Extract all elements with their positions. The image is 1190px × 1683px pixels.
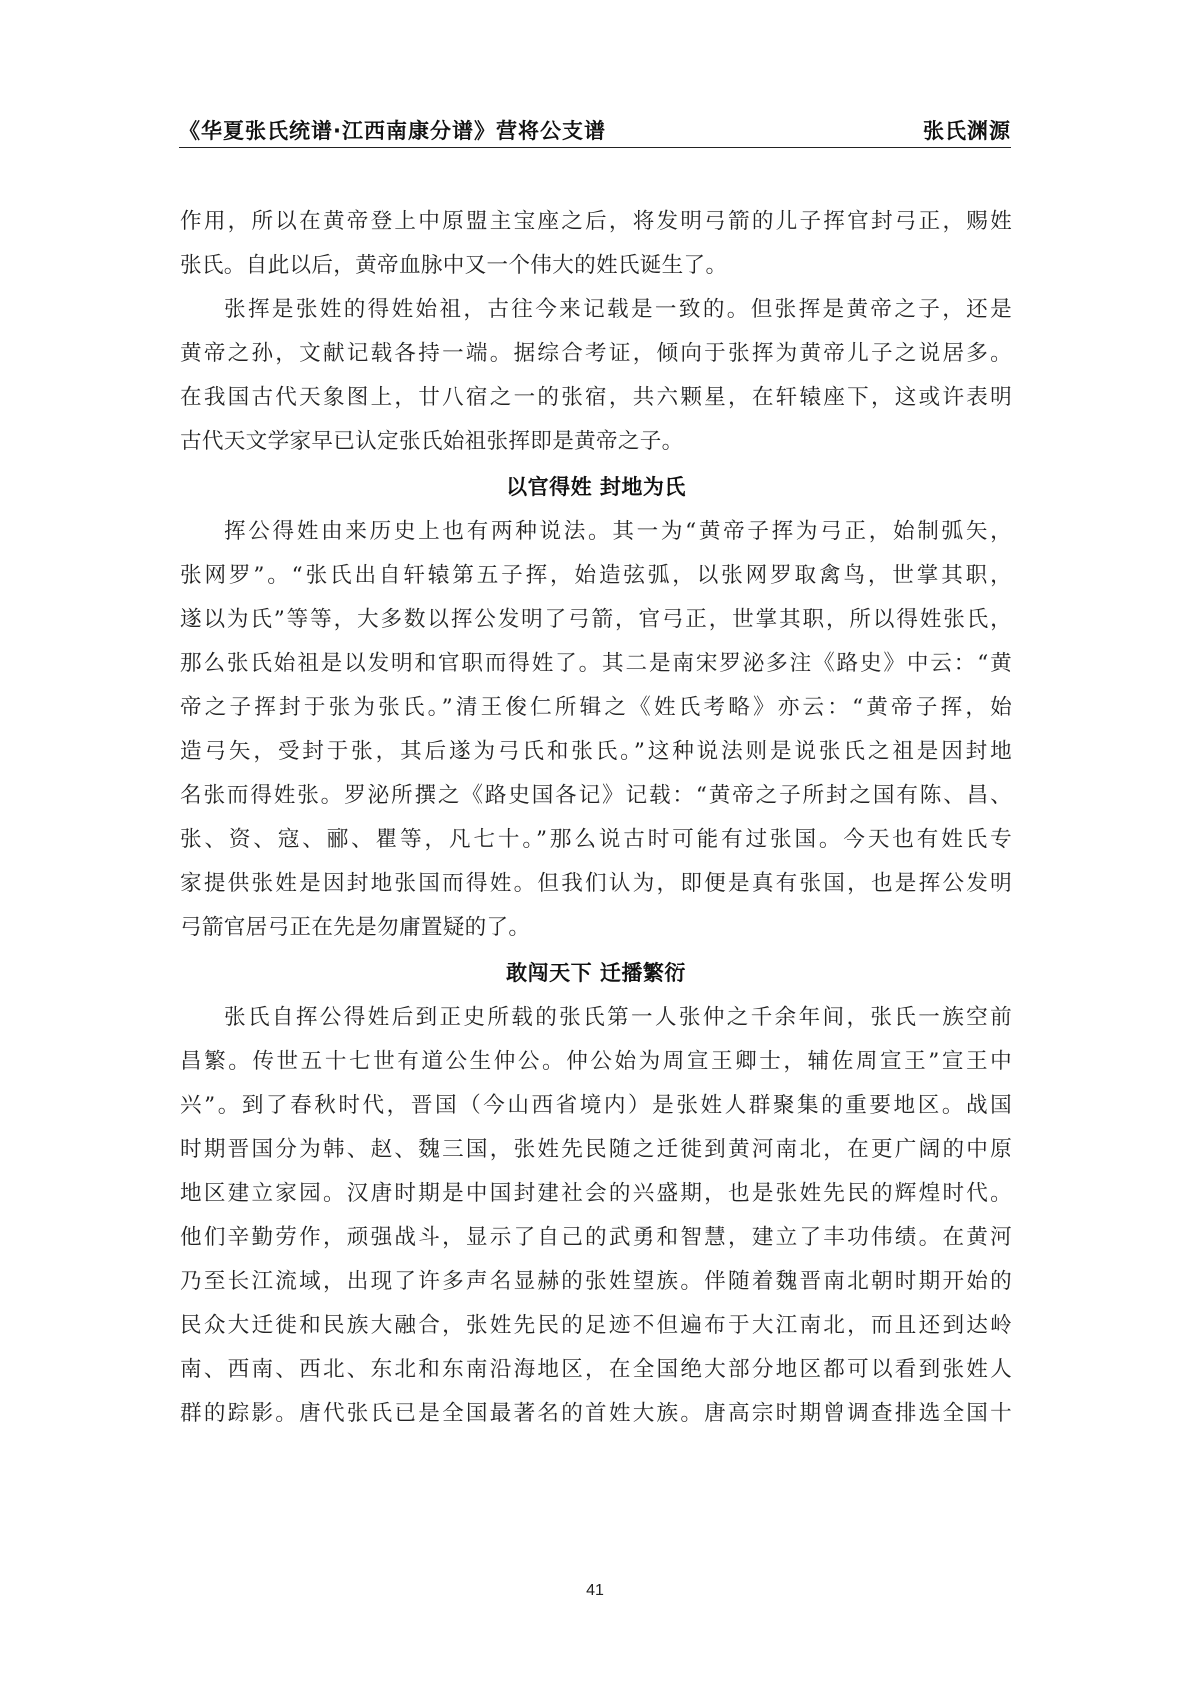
text-line: 昌繁。传世五十七世有道公生仲公。仲公始为周宣王卿士，辅佐周宣王”宣王中: [180, 1040, 1012, 1084]
page-body: 作用，所以在黄帝登上中原盟主宝座之后，将发明弓箭的儿子挥官封弓正，赐姓 张氏。自…: [180, 200, 1012, 1436]
text-line: 群的踪影。唐代张氏已是全国最著名的首姓大族。唐高宗时期曾调查排选全国十: [180, 1392, 1012, 1436]
text-line: 张挥是张姓的得姓始祖，古往今来记载是一致的。但张挥是黄帝之子，还是: [180, 288, 1012, 332]
text-line: 张氏。自此以后，黄帝血脉中又一个伟大的姓氏诞生了。: [180, 244, 1012, 288]
document-title: 《华夏张氏统谱·江西南康分谱》营将公支谱: [179, 118, 606, 144]
text-line: 挥公得姓由来历史上也有两种说法。其一为“黄帝子挥为弓正，始制弧矢，: [180, 510, 1012, 554]
page-number: 41: [0, 1582, 1190, 1600]
text-line: 造弓矢，受封于张，其后遂为弓氏和张氏。”这种说法则是说张氏之祖是因封地: [180, 730, 1012, 774]
text-line: 那么张氏始祖是以发明和官职而得姓了。其二是南宋罗泌多注《路史》中云：“黄: [180, 642, 1012, 686]
text-line: 遂以为氏”等等，大多数以挥公发明了弓箭，官弓正，世掌其职，所以得姓张氏，: [180, 598, 1012, 642]
text-line: 他们辛勤劳作，顽强战斗，显示了自己的武勇和智慧，建立了丰功伟绩。在黄河: [180, 1216, 1012, 1260]
text-line: 南、西南、西北、东北和东南沿海地区，在全国绝大部分地区都可以看到张姓人: [180, 1348, 1012, 1392]
text-line: 在我国古代天象图上，廿八宿之一的张宿，共六颗星，在轩辕座下，这或许表明: [180, 376, 1012, 420]
text-line: 作用，所以在黄帝登上中原盟主宝座之后，将发明弓箭的儿子挥官封弓正，赐姓: [180, 200, 1012, 244]
text-line: 乃至长江流域，出现了许多声名显赫的张姓望族。伴随着魏晋南北朝时期开始的: [180, 1260, 1012, 1304]
text-line: 弓箭官居弓正在先是勿庸置疑的了。: [180, 906, 1012, 950]
subheading-official-surname: 以官得姓 封地为氏: [180, 464, 1012, 510]
text-line: 张、资、寇、郦、瞿等，凡七十。”那么说古时可能有过张国。今天也有姓氏专: [180, 818, 1012, 862]
text-line: 家提供张姓是因封地张国而得姓。但我们认为，即便是真有张国，也是挥公发明: [180, 862, 1012, 906]
paragraph-3: 挥公得姓由来历史上也有两种说法。其一为“黄帝子挥为弓正，始制弧矢， 张网罗”。“…: [180, 510, 1012, 950]
page-header: 《华夏张氏统谱·江西南康分谱》营将公支谱 张氏渊源: [179, 114, 1011, 148]
text-line: 民众大迁徙和民族大融合，张姓先民的足迹不但遍布于大江南北，而且还到达岭: [180, 1304, 1012, 1348]
section-title: 张氏渊源: [923, 118, 1011, 144]
text-line: 张网罗”。“张氏出自轩辕第五子挥，始造弦弧，以张网罗取禽鸟，世掌其职，: [180, 554, 1012, 598]
paragraph-1: 作用，所以在黄帝登上中原盟主宝座之后，将发明弓箭的儿子挥官封弓正，赐姓 张氏。自…: [180, 200, 1012, 288]
paragraph-4: 张氏自挥公得姓后到正史所载的张氏第一人张仲之千余年间，张氏一族空前 昌繁。传世五…: [180, 996, 1012, 1436]
subheading-migration: 敢闯天下 迁播繁衍: [180, 950, 1012, 996]
text-line: 兴”。到了春秋时代，晋国（今山西省境内）是张姓人群聚集的重要地区。战国: [180, 1084, 1012, 1128]
text-line: 地区建立家园。汉唐时期是中国封建社会的兴盛期，也是张姓先民的辉煌时代。: [180, 1172, 1012, 1216]
text-line: 名张而得姓张。罗泌所撰之《路史国各记》记载：“黄帝之子所封之国有陈、昌、: [180, 774, 1012, 818]
paragraph-2: 张挥是张姓的得姓始祖，古往今来记载是一致的。但张挥是黄帝之子，还是 黄帝之孙，文…: [180, 288, 1012, 464]
text-line: 帝之子挥封于张为张氏。”清王俊仁所辑之《姓氏考略》亦云：“黄帝子挥，始: [180, 686, 1012, 730]
text-line: 黄帝之孙，文献记载各持一端。据综合考证，倾向于张挥为黄帝儿子之说居多。: [180, 332, 1012, 376]
text-line: 时期晋国分为韩、赵、魏三国，张姓先民随之迁徙到黄河南北，在更广阔的中原: [180, 1128, 1012, 1172]
text-line: 张氏自挥公得姓后到正史所载的张氏第一人张仲之千余年间，张氏一族空前: [180, 996, 1012, 1040]
text-line: 古代天文学家早已认定张氏始祖张挥即是黄帝之子。: [180, 420, 1012, 464]
